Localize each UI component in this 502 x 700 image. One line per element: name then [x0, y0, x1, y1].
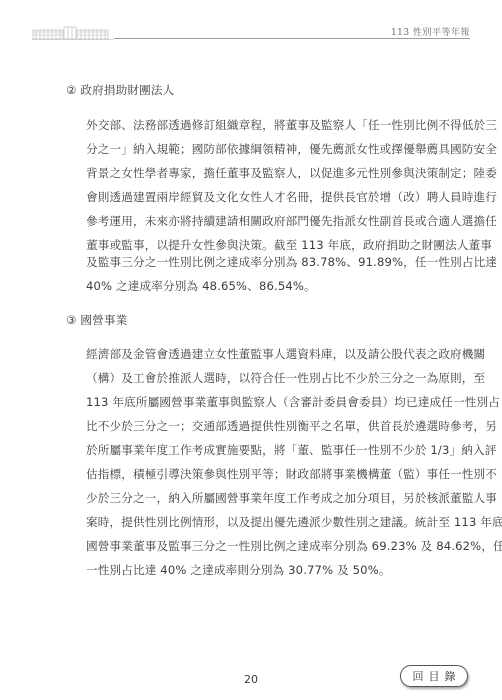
paragraph-line: 董事或監事，以提升女性參與決策。截至 113 年底，政府捐助之財團法人董事	[86, 238, 492, 252]
building-logo-icon	[32, 26, 114, 40]
page-number: 20	[244, 673, 258, 686]
paragraph-line: 外交部、法務部透過修訂組織章程，將董事及監察人「任一性別比例不得低於三	[86, 118, 497, 132]
section-heading-government-foundations: ② 政府捐助財團法人	[66, 83, 174, 97]
paragraph-line: 40% 之達成率分別為 48.65%、86.54%。	[86, 279, 316, 293]
paragraph-line: 參考運用，未來亦將持續建請相關政府部門優先指派女性副首長或合適人選擔任	[86, 214, 497, 228]
paragraph-line: 分之一」納入規範；國防部依據綱領精神，優先薦派女性或擇優舉薦具國防安全	[86, 142, 497, 156]
section-heading-state-enterprises: ③ 國營事業	[66, 313, 127, 327]
report-title: 113 性別平等年報	[391, 25, 470, 38]
paragraph-line: 國營事業董事及監事三分之一性別比例之達成率分別為 69.23% 及 84.62%…	[86, 539, 502, 553]
back-to-toc-button[interactable]: 回目錄	[400, 665, 468, 687]
paragraph-line: 一性別占比達 40% 之達成率則分別為 30.77% 及 50%。	[86, 563, 391, 577]
paragraph-line: 案時，提供性別比例情形，以及提出優先遴派少數性別之建議。統計至 113 年底，	[86, 515, 502, 529]
paragraph-line: 比不少於三分之一；交通部透過提供性別衡平之名單，供首長於遴選時參考，另	[86, 419, 497, 433]
paragraph-line: 背景之女性學者專家，擔任董事及監察人，以促進多元性別參與決策制定；陸委	[86, 166, 497, 180]
paragraph-line: （構）及工會於推派人選時，以符合任一性別占比不少於三分之一為原則，至	[86, 371, 485, 385]
paragraph-line: 經濟部及金管會透過建立女性董監事人選資料庫，以及請公股代表之政府機關	[86, 347, 485, 361]
paragraph-line: 於所屬事業年度工作考成實施要點，將「董、監事任一性別不少於 1/3」納入評	[86, 443, 497, 457]
paragraph-line: 及監事三分之一性別比例之達成率分別為 83.78%、91.89%，任一性別占比達	[86, 255, 497, 269]
header-divider	[114, 38, 470, 39]
paragraph-line: 估指標，積極引導決策參與性別平等；財政部將事業機構董（監）事任一性別不	[86, 467, 497, 481]
page-header: 113 性別平等年報	[0, 0, 502, 40]
paragraph-line: 少於三分之一，納入所屬國營事業年度工作考成之加分項目，另於核派董監人事	[86, 491, 497, 505]
paragraph-line: 會則透過建置兩岸經貿及文化女性人才名冊，提供長官於增（改）聘人員時進行	[86, 190, 497, 204]
paragraph-line: 113 年底所屬國營事業董事與監察人（含審計委員會委員）均已達成任一性別占	[86, 395, 500, 409]
